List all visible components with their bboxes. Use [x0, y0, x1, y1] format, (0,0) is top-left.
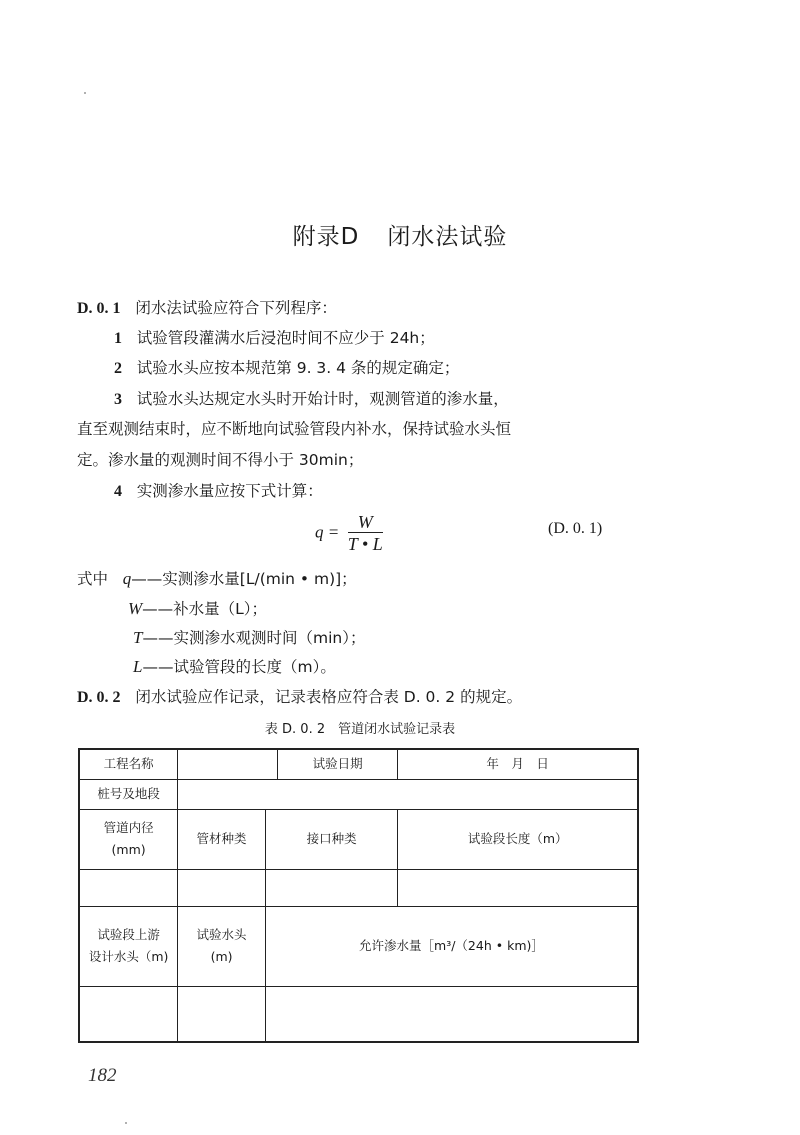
table-row: [79, 986, 638, 1042]
title-main: 闭水法试验: [387, 224, 507, 250]
table-cell-blank: [265, 986, 638, 1042]
table-cell-blank: [178, 869, 266, 906]
clause-text: 闭水法试验应符合下列程序：: [135, 299, 337, 317]
cell-line: 试验段上游: [80, 924, 177, 946]
cell-line: (mm): [80, 839, 177, 861]
where-def: L——试验管段的长度（m）。: [133, 652, 336, 682]
cell-line: (m): [178, 946, 265, 968]
symbol: W: [128, 599, 142, 618]
item-text-continued: 直至观测结束时，应不断地向试验管段内补水，保持试验水头恒: [77, 414, 511, 444]
page-title: 附录D闭水法试验: [0, 218, 800, 251]
where-def: W——补水量（L）；: [128, 594, 267, 624]
table-cell: 管材种类: [178, 809, 266, 869]
clause-d02: D. 0. 2 闭水试验应作记录，记录表格应符合表 D. 0. 2 的规定。: [77, 682, 522, 713]
scan-speck: [125, 1122, 127, 1124]
clause-number: D. 0. 1: [77, 300, 121, 317]
item-text: 试验水头达规定水头时开始计时，观测管道的渗水量，: [137, 390, 509, 408]
table-row: 管道内径(mm) 管材种类 接口种类 试验段长度（m）: [79, 809, 638, 869]
table-cell: 工程名称: [79, 749, 178, 779]
table-cell: 试验日期: [277, 749, 398, 779]
title-prefix: 附录D: [293, 224, 360, 250]
formula-fraction: W T • L: [348, 512, 383, 555]
where-label: 式中: [77, 570, 108, 588]
list-item: 4 实测渗水量应按下式计算：: [114, 476, 323, 507]
definition: ——补水量（L）；: [142, 600, 267, 618]
table-cell-blank: [265, 869, 397, 906]
formula-numerator: W: [348, 512, 383, 533]
table-cell-blank: [178, 749, 278, 779]
table-row: 工程名称 试验日期 年 月 日: [79, 749, 638, 779]
definition: ——试验管段的长度（m）。: [142, 658, 335, 676]
item-text-continued: 定。渗水量的观测时间不得小于 30min；: [77, 445, 363, 475]
clause-number: D. 0. 2: [77, 689, 121, 706]
scan-speck: [84, 92, 86, 94]
item-text: 实测渗水量应按下式计算：: [137, 482, 323, 500]
item-number: 2: [114, 360, 122, 377]
list-item: 1 试验管段灌满水后浸泡时间不应少于 24h；: [114, 323, 435, 354]
item-number: 1: [114, 330, 122, 347]
table-cell: 试验段长度（m）: [398, 809, 638, 869]
list-item: 3 试验水头达规定水头时开始计时，观测管道的渗水量，: [114, 384, 509, 415]
definition: ——实测渗水观测时间（min）；: [142, 629, 365, 647]
clause-text: 闭水试验应作记录，记录表格应符合表 D. 0. 2 的规定。: [135, 688, 522, 706]
clause-d01-heading: D. 0. 1 闭水法试验应符合下列程序：: [77, 293, 337, 324]
record-table: 工程名称 试验日期 年 月 日 桩号及地段 管道内径(mm) 管材种类 接口种类…: [78, 748, 639, 1043]
item-text: 试验管段灌满水后浸泡时间不应少于 24h；: [137, 329, 435, 347]
cell-line: 管道内径: [80, 817, 177, 839]
formula: q = W T • L: [315, 512, 383, 555]
table-cell: 管道内径(mm): [79, 809, 178, 869]
table-cell-blank: [398, 869, 638, 906]
table-cell-blank: [79, 869, 178, 906]
definition: ——实测渗水量[L/(min • m)]；: [131, 570, 356, 588]
table-cell-blank: [79, 986, 178, 1042]
item-text: 试验水头应按本规范第 9. 3. 4 条的规定确定；: [137, 359, 460, 377]
cell-line: 试验水头: [178, 924, 265, 946]
formula-denominator: T • L: [348, 533, 383, 555]
table-row: [79, 869, 638, 906]
table-cell: 年 月 日: [398, 749, 638, 779]
table-cell: 试验段上游设计水头（m): [79, 906, 178, 986]
list-item: 2 试验水头应按本规范第 9. 3. 4 条的规定确定；: [114, 353, 459, 384]
table-caption: 表 D. 0. 2 管道闭水试验记录表: [0, 718, 720, 737]
table-cell-blank: [178, 779, 638, 809]
table-cell: 允许渗水量［m³/（24h • km)］: [265, 906, 638, 986]
item-number: 3: [114, 391, 122, 408]
cell-line: 设计水头（m): [80, 946, 177, 968]
table-row: 桩号及地段: [79, 779, 638, 809]
where-def: T——实测渗水观测时间（min）；: [133, 623, 365, 653]
where-def: 式中 q——实测渗水量[L/(min • m)]；: [77, 564, 357, 594]
table-cell-blank: [178, 986, 266, 1042]
table-cell: 桩号及地段: [79, 779, 178, 809]
equation-number: (D. 0. 1): [548, 520, 602, 538]
page-number: 182: [88, 1065, 117, 1087]
item-number: 4: [114, 483, 122, 500]
formula-lhs: q =: [315, 523, 339, 542]
table-cell: 接口种类: [265, 809, 397, 869]
table-row: 试验段上游设计水头（m) 试验水头(m) 允许渗水量［m³/（24h • km)…: [79, 906, 638, 986]
table-cell: 试验水头(m): [178, 906, 266, 986]
